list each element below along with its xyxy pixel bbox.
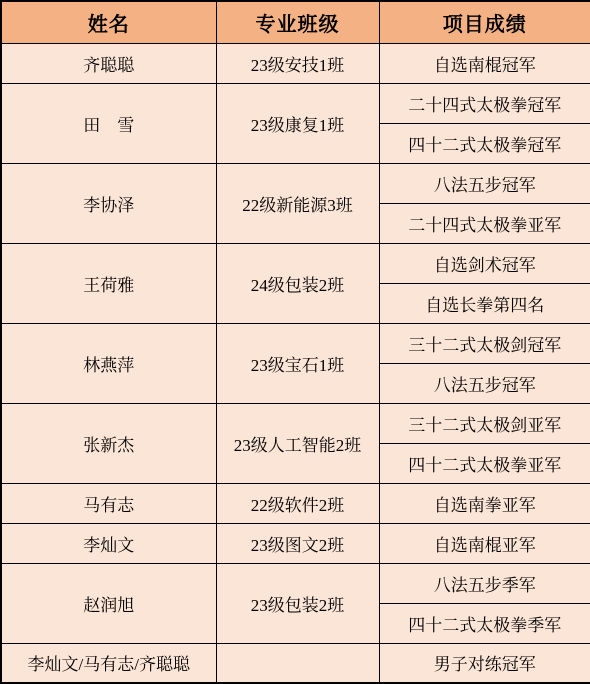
- name-cell: 马有志: [1, 483, 216, 523]
- table-row: 林燕萍23级宝石1班三十二式太极剑冠军: [1, 323, 590, 363]
- result-cell: 自选剑术冠军: [379, 243, 590, 283]
- table-row: 田 雪23级康复1班二十四式太极拳冠军: [1, 83, 590, 123]
- class-cell: 23级包装2班: [216, 563, 379, 643]
- name-cell: 田 雪: [1, 83, 216, 163]
- class-cell: 22级新能源3班: [216, 163, 379, 243]
- table-row: 张新杰23级人工智能2班三十二式太极剑亚军: [1, 403, 590, 443]
- table-row: 王荷雅24级包装2班自选剑术冠军: [1, 243, 590, 283]
- class-cell: 23级宝石1班: [216, 323, 379, 403]
- results-table: 姓名 专业班级 项目成绩 齐聪聪23级安技1班自选南棍冠军田 雪23级康复1班二…: [0, 0, 590, 684]
- class-cell: 23级安技1班: [216, 43, 379, 83]
- table-body: 齐聪聪23级安技1班自选南棍冠军田 雪23级康复1班二十四式太极拳冠军四十二式太…: [1, 43, 590, 683]
- result-cell: 二十四式太极拳亚军: [379, 203, 590, 243]
- table-row: 赵润旭23级包装2班八法五步季军: [1, 563, 590, 603]
- result-cell: 四十二式太极拳冠军: [379, 123, 590, 163]
- class-cell: 22级软件2班: [216, 483, 379, 523]
- result-cell: 四十二式太极拳亚军: [379, 443, 590, 483]
- col-header-result: 项目成绩: [379, 1, 590, 43]
- result-cell: 自选南棍亚军: [379, 523, 590, 563]
- table-row: 李灿文/马有志/齐聪聪男子对练冠军: [1, 643, 590, 683]
- result-cell: 八法五步冠军: [379, 163, 590, 203]
- result-cell: 自选南拳亚军: [379, 483, 590, 523]
- result-cell: 三十二式太极剑亚军: [379, 403, 590, 443]
- result-cell: 男子对练冠军: [379, 643, 590, 683]
- header-row: 姓名 专业班级 项目成绩: [1, 1, 590, 43]
- name-cell: 张新杰: [1, 403, 216, 483]
- class-cell: 23级康复1班: [216, 83, 379, 163]
- table-row: 马有志22级软件2班自选南拳亚军: [1, 483, 590, 523]
- col-header-name: 姓名: [1, 1, 216, 43]
- table-header: 姓名 专业班级 项目成绩: [1, 1, 590, 43]
- class-cell: [216, 643, 379, 683]
- result-cell: 二十四式太极拳冠军: [379, 83, 590, 123]
- result-cell: 自选南棍冠军: [379, 43, 590, 83]
- table-row: 李协泽22级新能源3班八法五步冠军: [1, 163, 590, 203]
- name-cell: 李灿文/马有志/齐聪聪: [1, 643, 216, 683]
- result-cell: 三十二式太极剑冠军: [379, 323, 590, 363]
- class-cell: 23级人工智能2班: [216, 403, 379, 483]
- result-cell: 四十二式太极拳季军: [379, 603, 590, 643]
- class-cell: 24级包装2班: [216, 243, 379, 323]
- class-cell: 23级图文2班: [216, 523, 379, 563]
- result-cell: 自选长拳第四名: [379, 283, 590, 323]
- name-cell: 李协泽: [1, 163, 216, 243]
- name-cell: 林燕萍: [1, 323, 216, 403]
- name-cell: 李灿文: [1, 523, 216, 563]
- name-cell: 赵润旭: [1, 563, 216, 643]
- result-cell: 八法五步季军: [379, 563, 590, 603]
- result-cell: 八法五步冠军: [379, 363, 590, 403]
- name-cell: 王荷雅: [1, 243, 216, 323]
- table-row: 齐聪聪23级安技1班自选南棍冠军: [1, 43, 590, 83]
- col-header-class: 专业班级: [216, 1, 379, 43]
- table-row: 李灿文23级图文2班自选南棍亚军: [1, 523, 590, 563]
- name-cell: 齐聪聪: [1, 43, 216, 83]
